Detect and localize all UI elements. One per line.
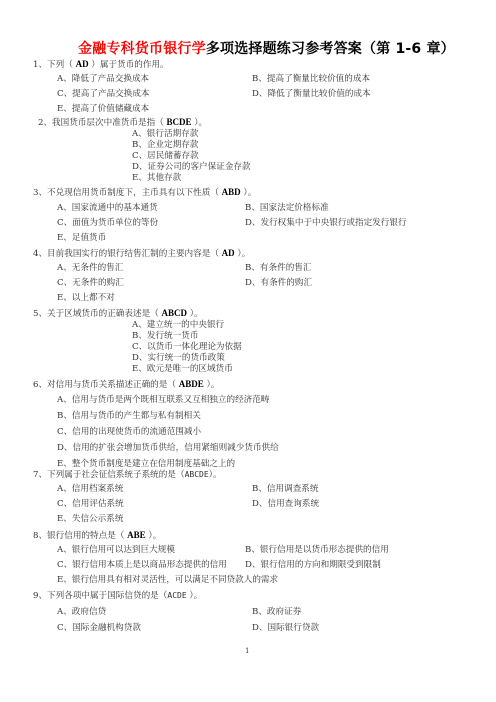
question-7-stem: 7、下列属于社会征信系统子系统的是（ABCDE）。	[33, 469, 222, 481]
option: D、证券公司的客户保证金存款	[132, 162, 251, 173]
option: D、发行权集中于中央银行或指定发行银行	[245, 218, 407, 229]
option: B、发行统一货币	[132, 331, 198, 342]
answer: ABCD	[162, 308, 188, 318]
option: D、有条件的购汇	[245, 278, 312, 289]
option: B、提高了衡量比较价值的成本	[252, 74, 370, 85]
option: A、政府信贷	[57, 607, 106, 618]
option: E、以上都不对	[57, 293, 115, 304]
answer: BCDE	[167, 117, 192, 127]
option: D、银行信用的方向和期限受到限制	[245, 560, 381, 571]
option: D、信用查询系统	[252, 499, 319, 510]
option: B、信用调查系统	[252, 484, 318, 495]
option: E、欧元是唯一的区域货币	[132, 364, 233, 375]
option: A、无条件的售汇	[57, 263, 123, 274]
question-1-stem: 1、下列（ AD ）属于货币的作用。	[33, 59, 169, 71]
option: E、足值货币	[57, 233, 106, 244]
option: C、无条件的购汇	[57, 278, 124, 289]
question-9-stem: 9、下列各项中属于国际信贷的是（ACDE ）。	[33, 590, 202, 602]
option: B、有条件的售汇	[245, 263, 311, 274]
option: E、失信公示系统	[57, 514, 123, 525]
option: B、国家法定价格标准	[245, 203, 329, 214]
option: B、信用与货币的产生都与私有制相关	[57, 411, 201, 422]
option: A、信用档案系统	[57, 484, 123, 495]
document-page: 金融专科货币银行学多项选择题练习参考答案（第 1-6 章） 1、下列（ AD ）…	[0, 0, 496, 702]
option: C、提高了产品交换成本	[57, 89, 150, 100]
question-8-stem: 8、银行信用的特点是（ ABE ）。	[33, 530, 161, 542]
option: A、银行信用可以达到巨大规模	[57, 545, 175, 556]
option: C、面值为货币单位的等份	[57, 218, 158, 229]
title-course-name: 金融专科货币银行学	[78, 41, 206, 57]
answer: AD	[222, 248, 235, 258]
option: C、信用评估系统	[57, 499, 124, 510]
answer: AD	[76, 59, 89, 69]
option: C、信用的出现使货币的流通范围减小	[57, 427, 201, 438]
option: C、国际金融机构贷款	[57, 623, 141, 634]
option: A、降低了产品交换成本	[57, 74, 149, 85]
option: D、降低了衡量比较价值的成本	[252, 89, 371, 100]
page-title: 金融专科货币银行学多项选择题练习参考答案（第 1-6 章）	[78, 38, 438, 58]
option: E、银行信用具有相对灵活性，可以满足不同贷款人的需求	[57, 575, 278, 586]
question-6-stem: 6、对信用与货币关系描述正确的是（ ABDE ）。	[33, 379, 219, 391]
option: A、银行活期存款	[132, 129, 198, 140]
answer: ABDE	[179, 379, 204, 389]
option: A、国家流通中的基本通货	[57, 203, 158, 214]
question-2-stem: 2、我国货币层次中准货币是指（ BCDE ）。	[38, 117, 207, 129]
option: E、其他存款	[132, 173, 181, 184]
option: D、信用的扩张会增加货币供给，信用紧缩则减少货币供给	[57, 443, 279, 454]
option: C、以货币一体化理论为依据	[132, 342, 242, 353]
answer: ABD	[222, 187, 241, 197]
option: B、银行信用是以货币形态提供的信用	[245, 545, 389, 556]
answer: ACDE	[167, 591, 186, 600]
option: B、政府证券	[252, 607, 301, 618]
question-3-stem: 3、不兑现信用货币制度下，主币具有以下性质（ ABD ）。	[33, 187, 256, 199]
page-number: 1	[245, 647, 249, 655]
answer: ABCDE	[185, 470, 209, 479]
option: C、银行信用本质上是以商品形态提供的信用	[57, 560, 227, 571]
title-subtitle: 多项选择题练习参考答案（第 1-6 章）	[206, 41, 455, 57]
option: D、实行统一的货币政策	[132, 353, 225, 364]
option: A、信用与货币是两个既相互联系又互相独立的经济范畴	[57, 395, 269, 406]
option: E、提高了价值储藏成本	[57, 104, 149, 115]
question-4-stem: 4、目前我国实行的银行结售汇制的主要内容是（ AD ）。	[33, 248, 250, 260]
option: B、企业定期存款	[132, 140, 198, 151]
option: A、建立统一的中央银行	[132, 320, 224, 331]
option: C、居民储蓄存款	[132, 151, 199, 162]
option: D、国际银行贷款	[252, 623, 319, 634]
question-5-stem: 5、关于区域货币的正确表述是（ ABCD ）。	[33, 308, 203, 320]
answer: ABE	[127, 530, 146, 540]
